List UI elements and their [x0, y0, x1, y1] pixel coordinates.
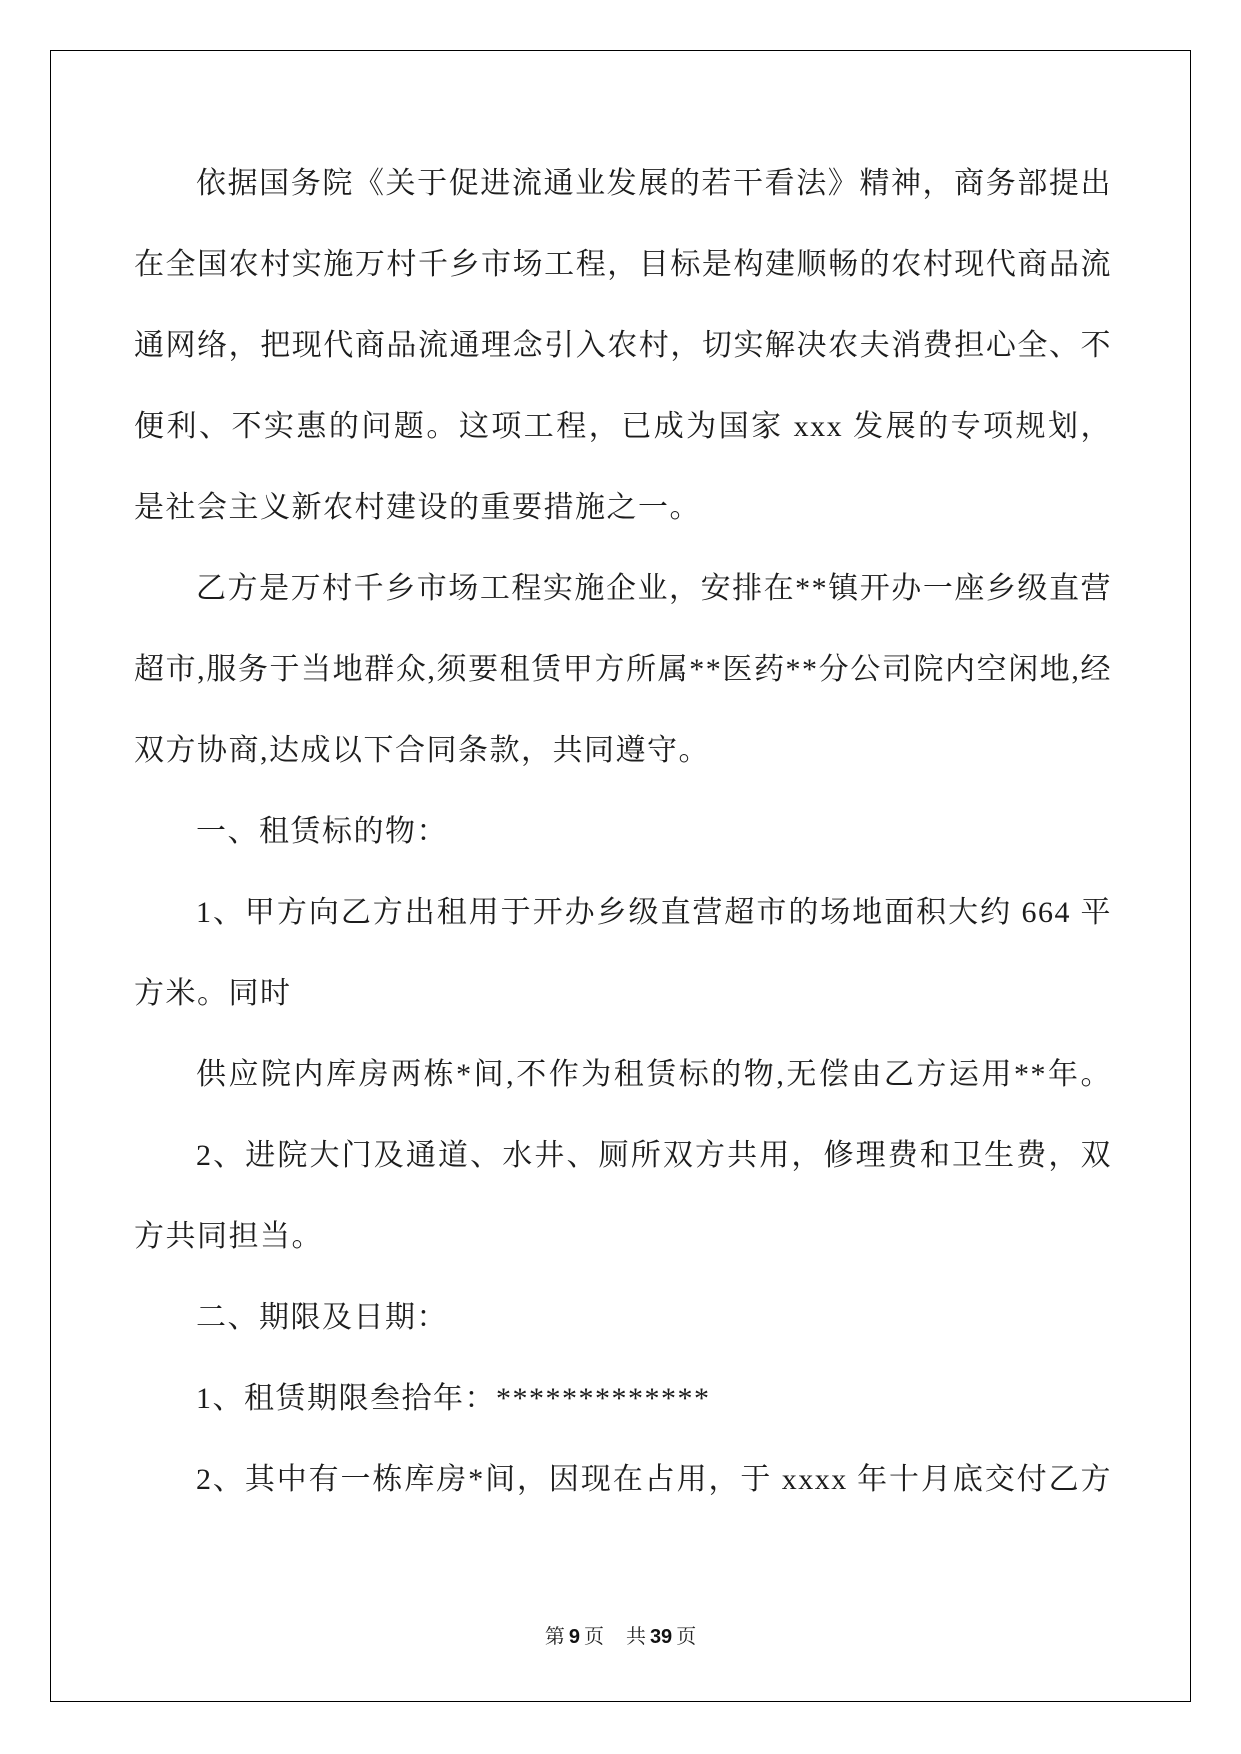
footer-page-label-suffix: 页	[584, 1626, 604, 1648]
clause-1-warehouse-supply: 供应院内库房两栋*间,不作为租赁标的物,无偿由乙方运用**年。	[134, 1034, 1112, 1115]
paragraph-intro-policy: 依据国务院《关于促进流通业发展的若干看法》精神，商务部提出在全国农村实施万村千乡…	[134, 143, 1112, 548]
page-footer: 第9页共39页	[0, 1620, 1241, 1649]
clause-lease-term: 1、租赁期限叁拾年：*************	[134, 1358, 1112, 1439]
clause-2-shared-facilities: 2、进院大门及通道、水井、厕所双方共用，修理费和卫生费，双方共同担当。	[134, 1115, 1112, 1277]
footer-total-label-prefix: 共	[626, 1626, 646, 1648]
section-heading-term-dates: 二、期限及日期：	[134, 1277, 1112, 1358]
clause-warehouse-handover: 2、其中有一栋库房*间，因现在占用，于 xxxx 年十月底交付乙方	[134, 1439, 1112, 1520]
paragraph-party-b-background: 乙方是万村千乡市场工程实施企业，安排在**镇开办一座乡级直营超市,服务于当地群众…	[134, 548, 1112, 791]
document-page: 依据国务院《关于促进流通业发展的若干看法》精神，商务部提出在全国农村实施万村千乡…	[0, 0, 1241, 1754]
document-body: 依据国务院《关于促进流通业发展的若干看法》精神，商务部提出在全国农村实施万村千乡…	[134, 143, 1112, 1520]
footer-total-pages: 39	[650, 1626, 672, 1648]
footer-page-number: 9	[569, 1626, 580, 1648]
section-heading-lease-object: 一、租赁标的物：	[134, 791, 1112, 872]
footer-total-label-suffix: 页	[676, 1626, 696, 1648]
clause-1-site-area: 1、甲方向乙方出租用于开办乡级直营超市的场地面积大约 664 平方米。同时	[134, 872, 1112, 1034]
footer-page-label-prefix: 第	[545, 1626, 565, 1648]
